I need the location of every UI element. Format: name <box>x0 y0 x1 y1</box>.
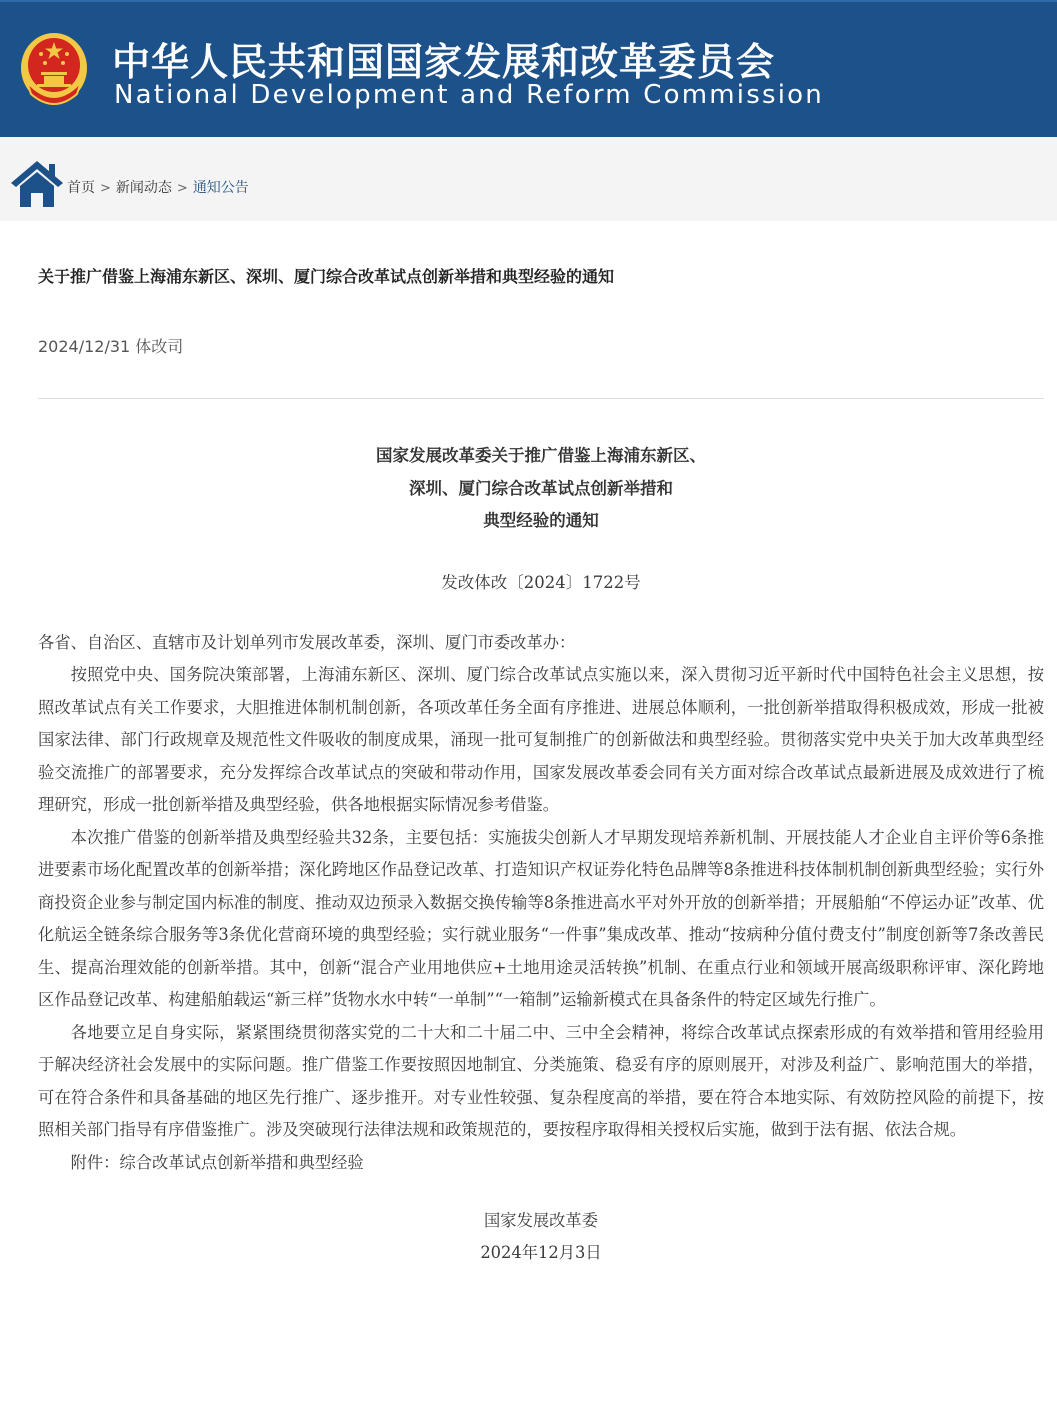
document-title: 国家发展改革委关于推广借鉴上海浦东新区、 深圳、厦门综合改革试点创新举措和 典型… <box>38 440 1044 538</box>
document-title-line: 国家发展改革委关于推广借鉴上海浦东新区、 <box>38 440 1044 473</box>
paragraph: 本次推广借鉴的创新举措及典型经验共32条，主要包括：实施拔尖创新人才早期发现培养… <box>38 822 1044 1017</box>
document-number: 发改体改〔2024〕1722号 <box>38 567 1044 599</box>
signature-block: 国家发展改革委 2024年12月3日 <box>38 1205 1044 1269</box>
site-title-cn: 中华人民共和国国家发展和改革委员会 <box>112 40 775 84</box>
site-title-en: National Development and Reform Commissi… <box>114 79 824 111</box>
article-title: 关于推广借鉴上海浦东新区、深圳、厦门综合改革试点创新举措和典型经验的通知 <box>38 264 614 287</box>
national-emblem-icon[interactable] <box>19 32 89 108</box>
home-icon[interactable] <box>9 159 65 207</box>
document-title-line: 典型经验的通知 <box>38 505 1044 538</box>
divider <box>38 398 1044 399</box>
paragraph: 按照党中央、国务院决策部署，上海浦东新区、深圳、厦门综合改革试点实施以来，深入贯… <box>38 659 1044 822</box>
breadcrumb-notices[interactable]: 通知公告 <box>193 180 249 196</box>
breadcrumb: 首页>新闻动态>通知公告 <box>67 177 249 197</box>
breadcrumb-bar: 首页>新闻动态>通知公告 <box>0 137 1057 221</box>
paragraph: 各地要立足自身实际，紧紧围绕贯彻落实党的二十大和二十届二中、三中全会精神，将综合… <box>38 1017 1044 1147</box>
breadcrumb-separator: > <box>177 181 188 196</box>
document-body: 国家发展改革委关于推广借鉴上海浦东新区、 深圳、厦门综合改革试点创新举措和 典型… <box>38 440 1044 1269</box>
signature-org: 国家发展改革委 <box>38 1205 1044 1237</box>
breadcrumb-news[interactable]: 新闻动态 <box>116 180 172 196</box>
addressee: 各省、自治区、直辖市及计划单列市发展改革委，深圳、厦门市委改革办： <box>38 627 1044 660</box>
attachment-line[interactable]: 附件：综合改革试点创新举措和典型经验 <box>38 1147 1044 1180</box>
breadcrumb-home[interactable]: 首页 <box>67 180 95 196</box>
article-meta: 2024/12/31 体改司 <box>38 334 183 357</box>
page: 中华人民共和国国家发展和改革委员会 National Development a… <box>0 0 1057 1420</box>
document-title-line: 深圳、厦门综合改革试点创新举措和 <box>38 473 1044 506</box>
signature-date: 2024年12月3日 <box>38 1237 1044 1269</box>
breadcrumb-separator: > <box>100 181 111 196</box>
site-header-banner: 中华人民共和国国家发展和改革委员会 National Development a… <box>0 0 1057 137</box>
